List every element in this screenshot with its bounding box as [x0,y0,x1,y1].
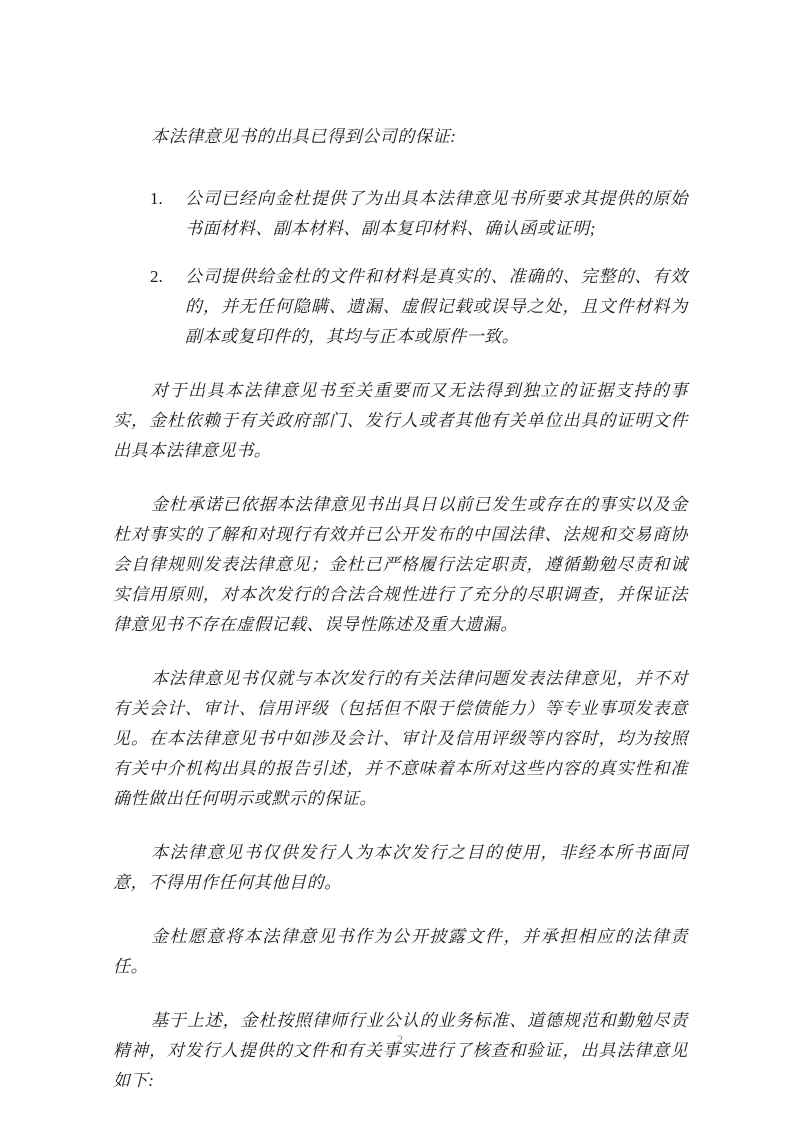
page-number: 2 [0,1031,800,1047]
body-paragraph-usage: 本法律意见书仅供发行人为本次发行之目的使用，非经本所书面同意，不得用作任何其他目… [113,838,688,898]
list-item-1: 1. 公司已经向金杜提供了为出具本法律意见书所要求其提供的原始书面材料、副本材料… [113,184,688,244]
list-item-text: 公司提供给金杜的文件和材料是真实的、准确的、完整的、有效的，并无任何隐瞒、遗漏、… [185,262,688,352]
body-paragraph-conclusion: 基于上述，金杜按照律师行业公认的业务标准、道德规范和勤勉尽责精神，对发行人提供的… [113,1006,688,1096]
body-paragraph-commitment: 金杜承诺已依据本法律意见书出具日以前已发生或存在的事实以及金杜对事实的了解和对现… [113,490,688,640]
list-item-2: 2. 公司提供给金杜的文件和材料是真实的、准确的、完整的、有效的，并无任何隐瞒、… [113,262,688,352]
document-page: 本法律意见书的出具已得到公司的保证: 1. 公司已经向金杜提供了为出具本法律意见… [0,0,800,1131]
body-paragraph-disclosure: 金杜愿意将本法律意见书作为公开披露文件，并承担相应的法律责任。 [113,922,688,982]
body-paragraph-scope: 本法律意见书仅就与本次发行的有关法律问题发表法律意见，并不对有关会计、审计、信用… [113,664,688,814]
list-item-text: 公司已经向金杜提供了为出具本法律意见书所要求其提供的原始书面材料、副本材料、副本… [185,184,688,244]
list-item-number: 1. [150,184,185,244]
intro-paragraph: 本法律意见书的出具已得到公司的保证: [113,122,688,152]
list-item-number: 2. [150,262,185,352]
guarantee-list: 1. 公司已经向金杜提供了为出具本法律意见书所要求其提供的原始书面材料、副本材料… [113,184,688,352]
document-content: 本法律意见书的出具已得到公司的保证: 1. 公司已经向金杜提供了为出具本法律意见… [113,122,688,1120]
body-paragraph-reliance: 对于出具本法律意见书至关重要而又无法得到独立的证据支持的事实，金杜依赖于有关政府… [113,376,688,466]
